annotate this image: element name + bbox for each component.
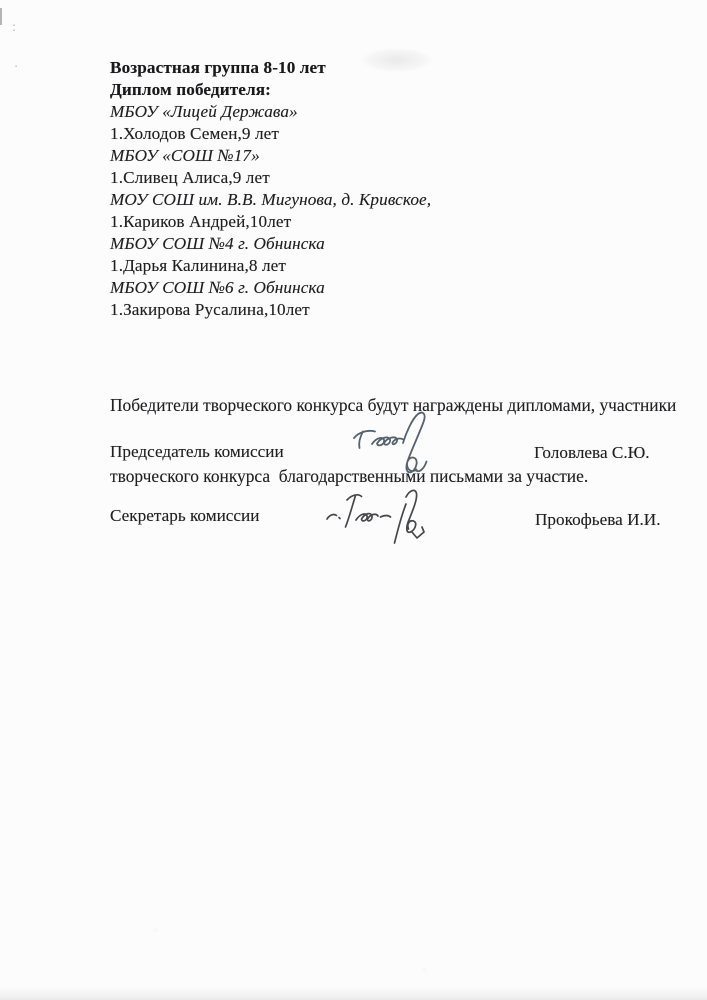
chairman-role-label: Председатель комиссии (110, 442, 284, 462)
scan-speck-colon: : (12, 20, 16, 34)
winners-list: Возрастная группа 8-10 лет Диплом победи… (110, 57, 590, 321)
chairman-signature-icon (348, 411, 450, 485)
scan-edge-mark (0, 8, 2, 25)
chairman-name: Головлева С.Ю. (534, 443, 650, 463)
school-name: МБОУ СОШ №4 г. Обнинска (110, 233, 590, 255)
school-name: МБОУ СОШ №6 г. Обнинска (110, 277, 590, 299)
student-entry: 1.Дарья Калинина,8 лет (110, 255, 590, 277)
school-name: МБОУ «Лицей Держава» (110, 101, 590, 123)
age-group-heading: Возрастная группа 8-10 лет (110, 57, 590, 79)
school-name: МОУ СОШ им. В.В. Мигунова, д. Кривское, (110, 189, 590, 211)
diploma-heading: Диплом победителя: (110, 79, 590, 101)
secretary-name: Прокофьева И.И. (535, 510, 661, 530)
student-entry: 1.Кариков Андрей,10лет (110, 211, 590, 233)
secretary-signature-icon (322, 484, 436, 558)
school-name: МБОУ «СОШ №17» (110, 145, 590, 167)
student-entry: 1.Закирова Русалина,10лет (110, 299, 590, 321)
student-entry: 1.Холодов Семен,9 лет (110, 123, 590, 145)
scan-bottom-shadow (0, 986, 707, 1000)
scanned-document-page: : · Возрастная группа 8-10 лет Диплом по… (0, 0, 707, 1000)
student-entry: 1.Сливец Алиса,9 лет (110, 167, 590, 189)
secretary-role-label: Секретарь комиссии (110, 506, 259, 526)
scan-speck-dot: · (14, 60, 18, 75)
